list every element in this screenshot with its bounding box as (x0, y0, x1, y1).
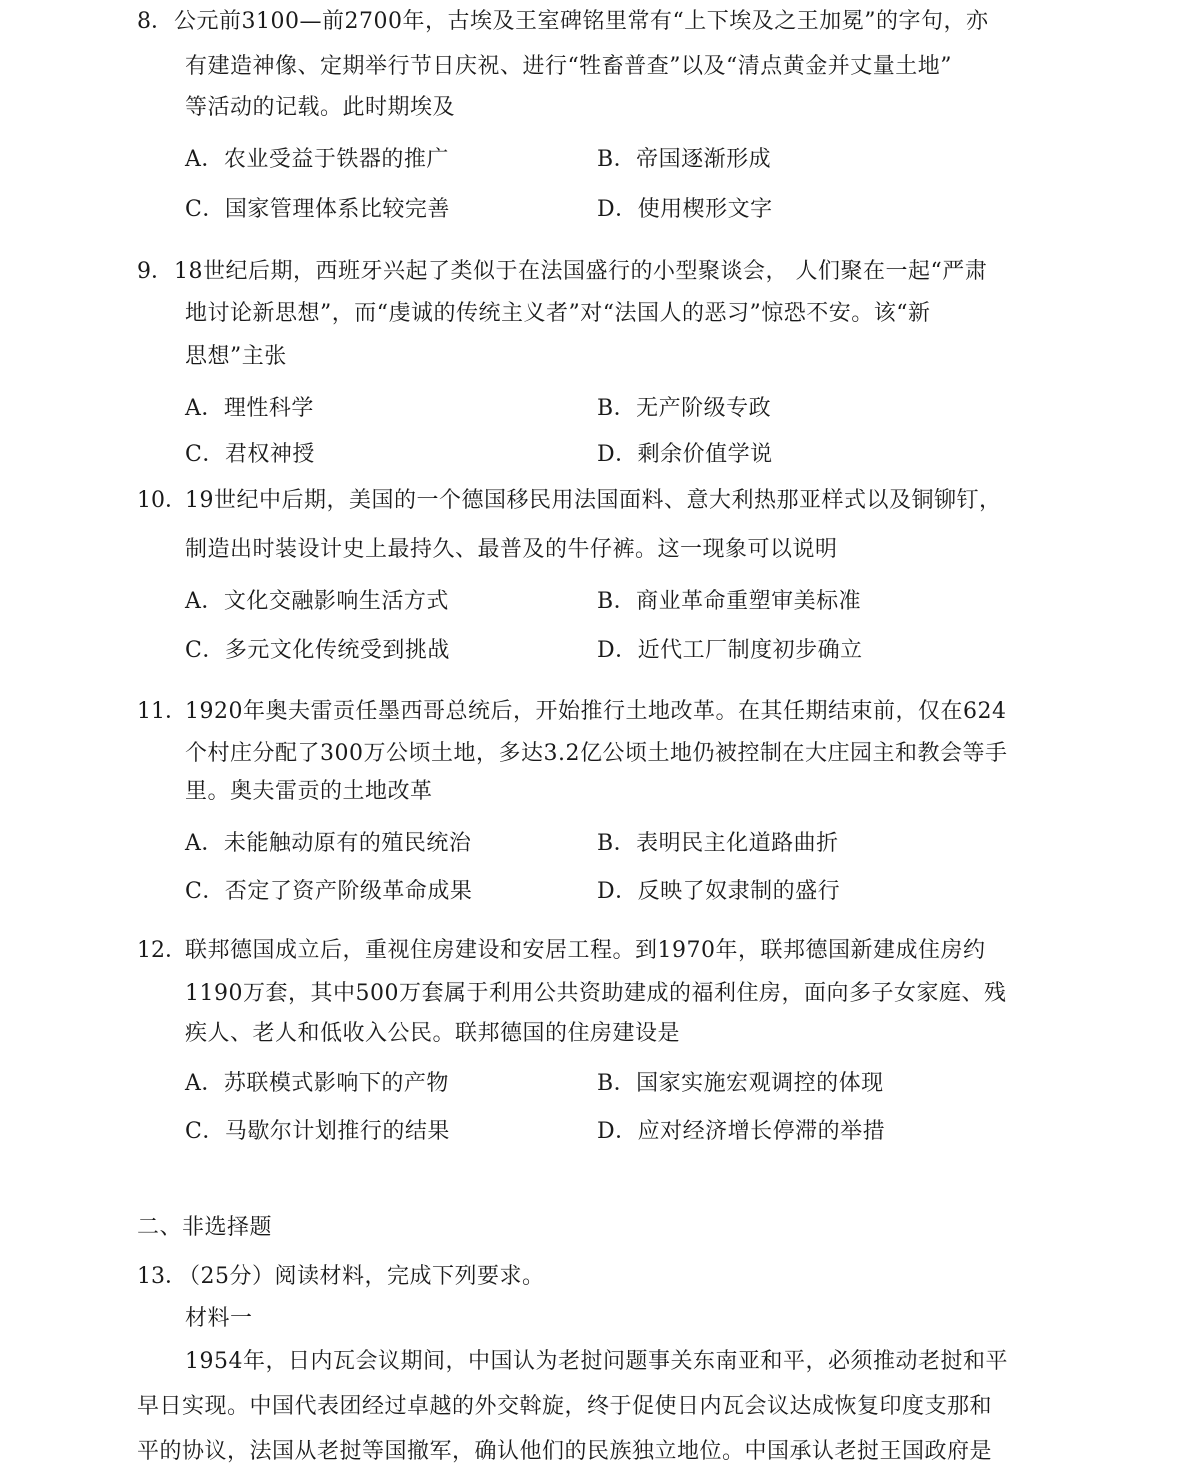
question-text: 制造出时装设计史上最持久、最普及的牛仔裤。这一现象可以说明 (185, 535, 838, 565)
question-text: 等活动的记载。此时期埃及 (185, 93, 455, 123)
option-b: B．国家实施宏观调控的体现 (597, 1069, 884, 1099)
question-number: 12． (137, 936, 187, 966)
question-prompt: （25分）阅读材料，完成下列要求。 (178, 1262, 545, 1292)
section-heading: 二、非选择题 (137, 1213, 272, 1243)
material-text: 早日实现。中国代表团经过卓越的外交斡旋，终于促使日内瓦会议达成恢复印度支那和 (137, 1392, 992, 1422)
question-number: 11． (137, 697, 187, 727)
option-d: D．近代工厂制度初步确立 (597, 636, 863, 666)
question-text: 个村庄分配了300万公顷土地，多达3.2亿公顷土地仍被控制在大庄园主和教会等手 (185, 739, 1007, 769)
question-text: 1920年奥夫雷贡任墨西哥总统后，开始推行土地改革。在其任期结束前，仅在624 (185, 697, 1006, 727)
option-c: C．否定了资产阶级革命成果 (185, 877, 472, 907)
option-d: D．使用楔形文字 (597, 195, 773, 225)
question-text: 地讨论新思想”，而“虔诚的传统主义者”对“法国人的恶习”惊恐不安。该“新 (185, 299, 931, 329)
question-number: 8． (137, 7, 173, 37)
question-text: 思想”主张 (185, 342, 287, 372)
question-text: 有建造神像、定期举行节日庆祝、进行“牲畜普查”以及“清点黄金并丈量土地” (185, 52, 952, 82)
option-a: A．农业受益于铁器的推广 (185, 145, 449, 175)
material-text: 1954年，日内瓦会议期间，中国认为老挝问题事关东南亚和平，必须推动老挝和平 (185, 1347, 1008, 1377)
option-d: D．反映了奴隶制的盛行 (597, 877, 840, 907)
option-a: A．未能触动原有的殖民统治 (185, 829, 471, 859)
option-d: D．应对经济增长停滞的举措 (597, 1117, 885, 1147)
question-text: 1190万套，其中500万套属于利用公共资助建成的福利住房，面向多子女家庭、残 (185, 979, 1006, 1009)
question-text: 联邦德国成立后，重视住房建设和安居工程。到1970年，联邦德国新建成住房约 (185, 936, 986, 966)
option-b: B．帝国逐渐形成 (597, 145, 771, 175)
option-b: B．无产阶级专政 (597, 394, 771, 424)
question-number: 10． (137, 486, 187, 516)
option-c: C．马歇尔计划推行的结果 (185, 1117, 450, 1147)
option-a: A．文化交融影响生活方式 (185, 587, 449, 617)
question-number: 9． (137, 257, 173, 287)
question-text: 18世纪后期，西班牙兴起了类似于在法国盛行的小型聚谈会， 人们聚在一起“严肃 (174, 257, 987, 287)
material-label: 材料一 (185, 1304, 253, 1334)
option-b: B．商业革命重塑审美标准 (597, 587, 861, 617)
option-b: B．表明民主化道路曲折 (597, 829, 839, 859)
material-text: 平的协议，法国从老挝等国撤军，确认他们的民族独立地位。中国承认老挝王国政府是 (137, 1437, 992, 1467)
option-c: C．国家管理体系比较完善 (185, 195, 450, 225)
option-c: C．多元文化传统受到挑战 (185, 636, 450, 666)
question-text: 公元前3100—前2700年，古埃及王室碑铭里常有“上下埃及之王加冕”的字句，亦 (174, 7, 988, 37)
option-a: A．苏联模式影响下的产物 (185, 1069, 449, 1099)
option-a: A．理性科学 (185, 394, 314, 424)
option-d: D．剩余价值学说 (597, 440, 773, 470)
question-text: 疾人、老人和低收入公民。联邦德国的住房建设是 (185, 1019, 680, 1049)
question-text: 里。奥夫雷贡的土地改革 (185, 777, 433, 807)
question-text: 19世纪中后期，美国的一个德国移民用法国面料、意大利热那亚样式以及铜铆钉， (185, 486, 1002, 516)
option-c: C．君权神授 (185, 440, 315, 470)
